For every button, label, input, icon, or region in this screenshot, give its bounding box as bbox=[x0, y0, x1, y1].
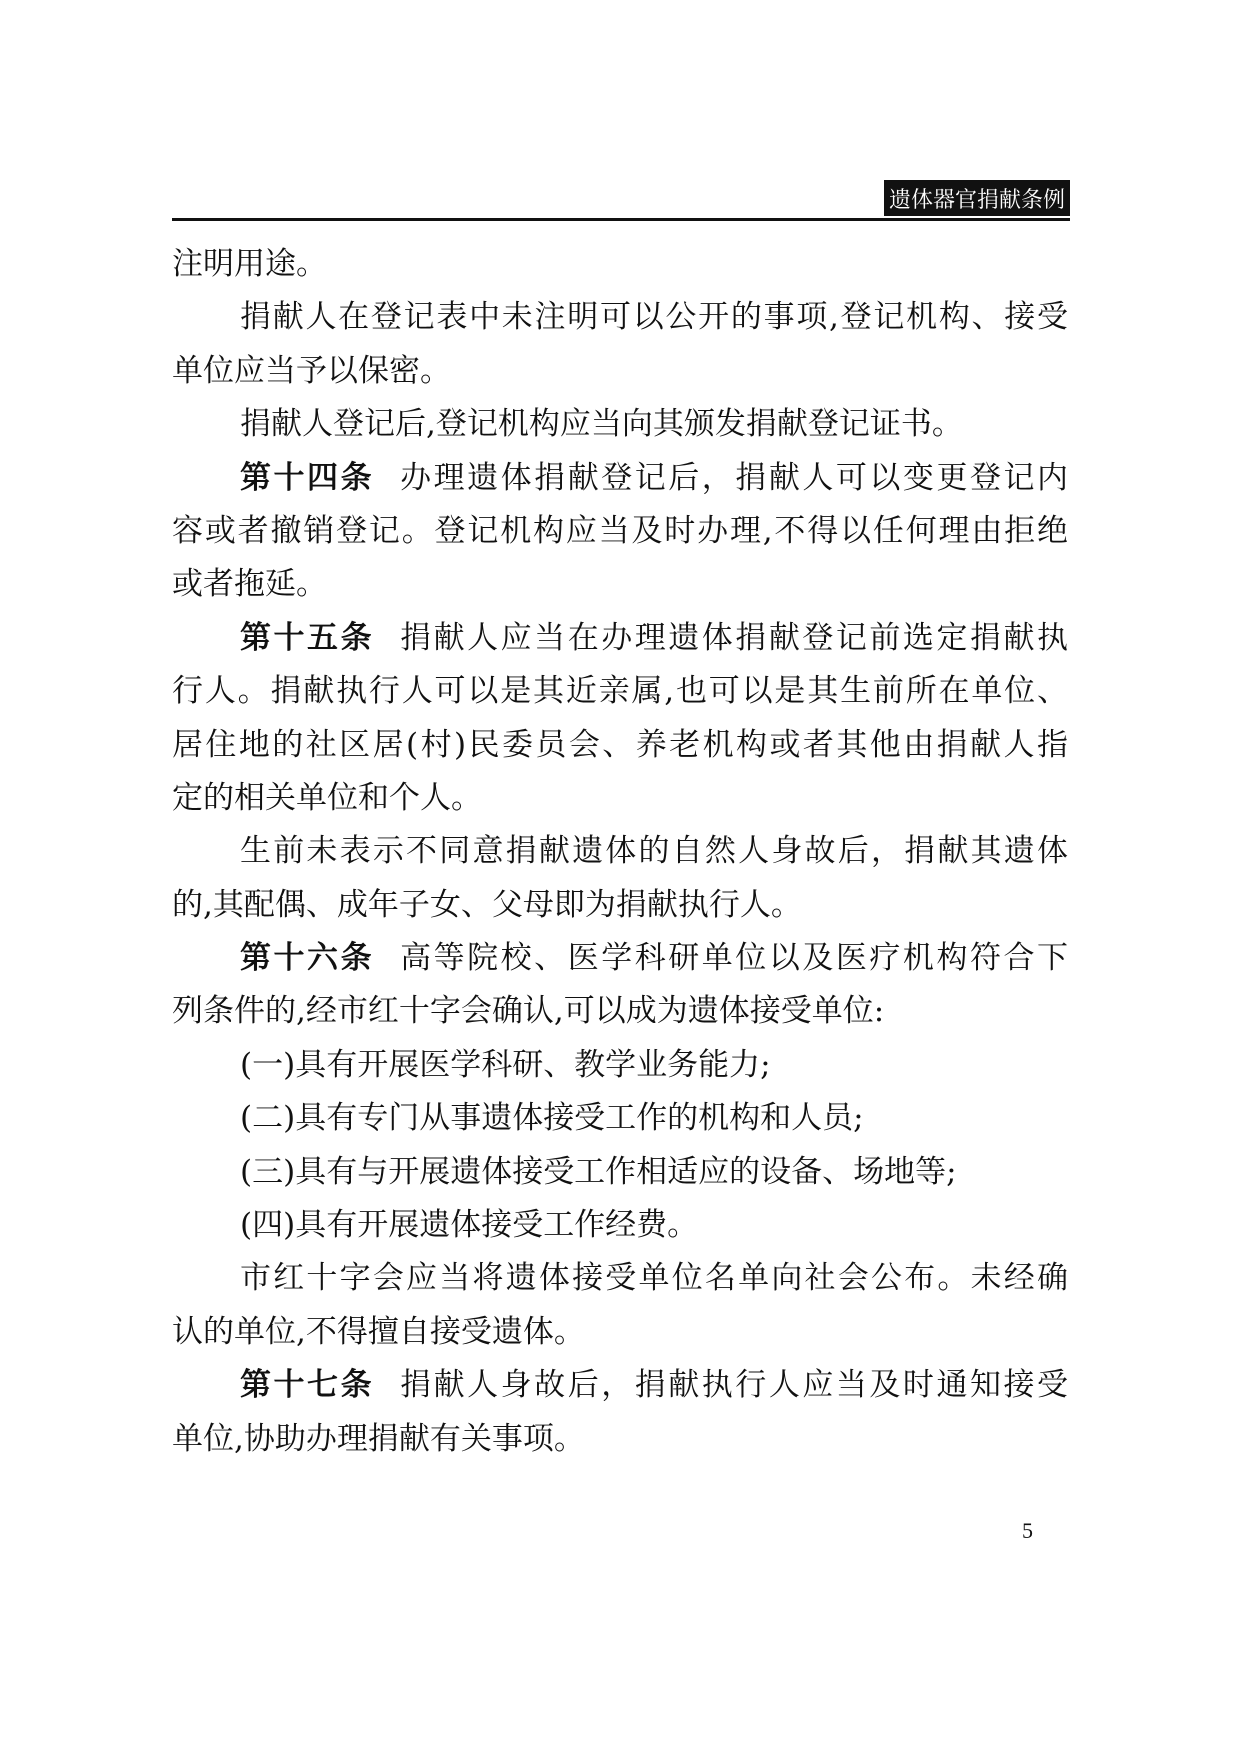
text-line: 行人。捐献执行人可以是其近亲属,也可以是其生前所在单位、 bbox=[172, 665, 1068, 718]
text-line: (三)具有与开展遗体接受工作相适应的设备、场地等; bbox=[172, 1146, 1068, 1199]
line-text: 定的相关单位和个人。 bbox=[172, 780, 482, 816]
text-line: 捐献人在登记表中未注明可以公开的事项,登记机构、接受 bbox=[172, 291, 1068, 344]
text-line: (二)具有专门从事遗体接受工作的机构和人员; bbox=[172, 1092, 1068, 1145]
header-rule-divider bbox=[172, 218, 1070, 221]
line-text: (四)具有开展遗体接受工作经费。 bbox=[240, 1207, 698, 1243]
line-text: 捐献人应当在办理遗体捐献登记前选定捐献执 bbox=[400, 620, 1068, 656]
article-number: 第十五条 bbox=[240, 620, 374, 656]
line-text: 认的单位,不得擅自接受遗体。 bbox=[172, 1314, 585, 1350]
line-text: (一)具有开展医学科研、教学业务能力; bbox=[240, 1047, 771, 1083]
article-number: 第十四条 bbox=[240, 460, 374, 496]
document-body: 注明用途。捐献人在登记表中未注明可以公开的事项,登记机构、接受单位应当予以保密。… bbox=[172, 238, 1068, 1466]
article-number: 第十六条 bbox=[240, 940, 374, 976]
page-number: 5 bbox=[1022, 1518, 1033, 1544]
line-text: 单位,协助办理捐献有关事项。 bbox=[172, 1421, 585, 1457]
line-text: 的,其配偶、成年子女、父母即为捐献执行人。 bbox=[172, 887, 802, 923]
article-heading-line: 第十五条捐献人应当在办理遗体捐献登记前选定捐献执 bbox=[172, 612, 1068, 665]
line-text: 生前未表示不同意捐献遗体的自然人身故后，捐献其遗体 bbox=[240, 833, 1068, 869]
line-text: 注明用途。 bbox=[172, 246, 327, 282]
text-line: (四)具有开展遗体接受工作经费。 bbox=[172, 1199, 1068, 1252]
text-line: 市红十字会应当将遗体接受单位名单向社会公布。未经确 bbox=[172, 1252, 1068, 1305]
running-header-text: 遗体器官捐献条例 bbox=[889, 183, 1065, 214]
article-heading-line: 第十七条捐献人身故后，捐献执行人应当及时通知接受 bbox=[172, 1359, 1068, 1412]
text-line: (一)具有开展医学科研、教学业务能力; bbox=[172, 1039, 1068, 1092]
line-text: (三)具有与开展遗体接受工作相适应的设备、场地等; bbox=[240, 1154, 957, 1190]
text-line: 定的相关单位和个人。 bbox=[172, 772, 1068, 825]
text-line: 的,其配偶、成年子女、父母即为捐献执行人。 bbox=[172, 879, 1068, 932]
article-heading-line: 第十四条办理遗体捐献登记后，捐献人可以变更登记内 bbox=[172, 452, 1068, 505]
running-header-title: 遗体器官捐献条例 bbox=[884, 180, 1070, 216]
text-line: 单位应当予以保密。 bbox=[172, 345, 1068, 398]
line-text: 捐献人登记后,登记机构应当向其颁发捐献登记证书。 bbox=[240, 406, 963, 442]
text-line: 居住地的社区居(村)民委员会、养老机构或者其他由捐献人指 bbox=[172, 719, 1068, 772]
text-line: 认的单位,不得擅自接受遗体。 bbox=[172, 1306, 1068, 1359]
text-line: 或者拖延。 bbox=[172, 558, 1068, 611]
line-text: 列条件的,经市红十字会确认,可以成为遗体接受单位: bbox=[172, 993, 884, 1029]
line-text: 市红十字会应当将遗体接受单位名单向社会公布。未经确 bbox=[240, 1260, 1068, 1296]
text-line: 单位,协助办理捐献有关事项。 bbox=[172, 1413, 1068, 1466]
article-number: 第十七条 bbox=[240, 1367, 374, 1403]
line-text: 容或者撤销登记。登记机构应当及时办理,不得以任何理由拒绝 bbox=[172, 513, 1068, 549]
line-text: 居住地的社区居(村)民委员会、养老机构或者其他由捐献人指 bbox=[172, 727, 1068, 763]
line-text: 捐献人在登记表中未注明可以公开的事项,登记机构、接受 bbox=[240, 299, 1068, 335]
line-text: (二)具有专门从事遗体接受工作的机构和人员; bbox=[240, 1100, 864, 1136]
line-text: 高等院校、医学科研单位以及医疗机构符合下 bbox=[400, 940, 1068, 976]
text-line: 捐献人登记后,登记机构应当向其颁发捐献登记证书。 bbox=[172, 398, 1068, 451]
text-line: 容或者撤销登记。登记机构应当及时办理,不得以任何理由拒绝 bbox=[172, 505, 1068, 558]
text-line: 注明用途。 bbox=[172, 238, 1068, 291]
text-line: 生前未表示不同意捐献遗体的自然人身故后，捐献其遗体 bbox=[172, 825, 1068, 878]
line-text: 办理遗体捐献登记后，捐献人可以变更登记内 bbox=[400, 460, 1068, 496]
line-text: 捐献人身故后，捐献执行人应当及时通知接受 bbox=[400, 1367, 1068, 1403]
line-text: 或者拖延。 bbox=[172, 566, 327, 602]
article-heading-line: 第十六条高等院校、医学科研单位以及医疗机构符合下 bbox=[172, 932, 1068, 985]
line-text: 行人。捐献执行人可以是其近亲属,也可以是其生前所在单位、 bbox=[172, 673, 1068, 709]
text-line: 列条件的,经市红十字会确认,可以成为遗体接受单位: bbox=[172, 985, 1068, 1038]
line-text: 单位应当予以保密。 bbox=[172, 353, 451, 389]
